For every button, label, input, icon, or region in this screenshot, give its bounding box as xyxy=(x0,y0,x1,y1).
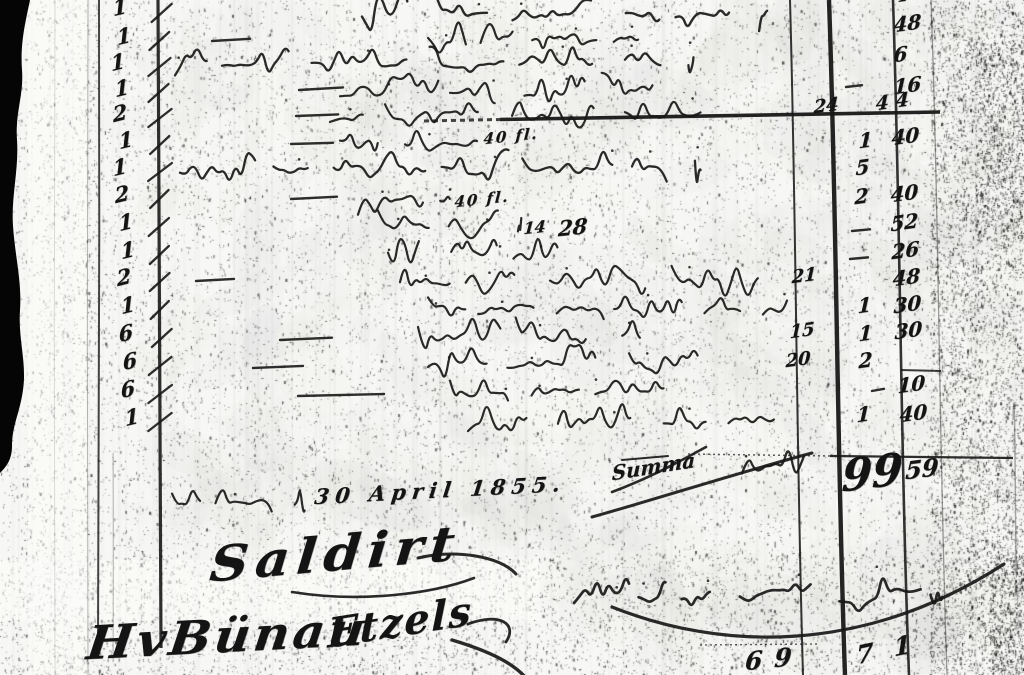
day-entry-4: 1 xyxy=(114,75,130,100)
qty-row5: 24 xyxy=(813,96,838,118)
day-entry-2: 1 xyxy=(116,23,132,48)
qty-row11: 21 xyxy=(791,266,816,288)
rthlr-row16: 1 xyxy=(856,403,870,425)
rthlr-row14: 2 xyxy=(858,349,872,371)
rthlr-row6: 1 xyxy=(858,129,872,151)
gr-row16: 40 xyxy=(899,401,927,425)
day-entry-13: 6 xyxy=(118,320,134,345)
gr-row13: 30 xyxy=(894,318,922,342)
day-entry-15: 6 xyxy=(120,376,136,401)
day-entry-12: 1 xyxy=(120,292,136,317)
day-entry-5: 2 xyxy=(112,100,128,125)
gr-row9: 52 xyxy=(890,210,918,234)
rthlr-row13: 1 xyxy=(858,322,872,344)
bottom-fragment-right: 7 1 xyxy=(856,630,917,668)
sum-rthlr: 99 xyxy=(841,448,904,500)
rthlr-row12: 1 xyxy=(857,294,871,316)
inline-figure-28: 28 xyxy=(558,215,589,239)
gr-row11: 48 xyxy=(892,265,920,289)
sum-label: Summa xyxy=(612,450,696,483)
qty-row13: 15 xyxy=(789,321,814,343)
gr-row15: 10 xyxy=(897,372,925,396)
scanned-ledger-page: 1111211211216661242115201521121448616444… xyxy=(0,0,1024,675)
gr-row10: 26 xyxy=(891,238,919,262)
day-entry-6: 1 xyxy=(118,127,134,152)
gr-row12: 30 xyxy=(893,292,921,316)
sum-gr: 59 xyxy=(905,455,939,483)
inline-unit-row8: 40 fl. xyxy=(454,189,510,210)
day-entry-8: 2 xyxy=(114,181,130,206)
bunau-signature: HvBünau xyxy=(84,605,370,666)
inline-figure-14: 14 xyxy=(523,219,546,238)
bottom-fragment-left: 69 xyxy=(744,643,804,674)
gr-row3: 6 xyxy=(893,43,907,65)
inline-unit-row6: 40 fl. xyxy=(483,126,539,147)
gr-row1-clipped: 4 xyxy=(895,0,908,6)
gr-row6: 40 xyxy=(891,124,919,148)
day-entry-3: 1 xyxy=(110,49,126,74)
day-entry-1: 1 xyxy=(112,0,128,19)
day-entry-9: 1 xyxy=(118,209,134,234)
gr-row8: 40 xyxy=(890,181,918,205)
day-entry-10: 1 xyxy=(120,237,136,262)
day-entry-16: 1 xyxy=(124,404,140,429)
gr-row2: 48 xyxy=(893,11,921,35)
qty-row14: 20 xyxy=(785,350,810,372)
rthlr-row7: 5 xyxy=(855,156,869,178)
rthlr-row8: 2 xyxy=(854,185,868,207)
date-text: 30 April 1855. xyxy=(313,473,567,507)
saldirt-word: Saldirt xyxy=(208,519,464,590)
day-entry-11: 2 xyxy=(116,264,132,289)
legible-text-layer: 1111211211216661242115201521121448616444… xyxy=(0,0,1024,675)
day-entry-7: 1 xyxy=(112,154,128,179)
gr-row5: 44 xyxy=(875,89,916,114)
day-entry-14: 6 xyxy=(122,348,138,373)
